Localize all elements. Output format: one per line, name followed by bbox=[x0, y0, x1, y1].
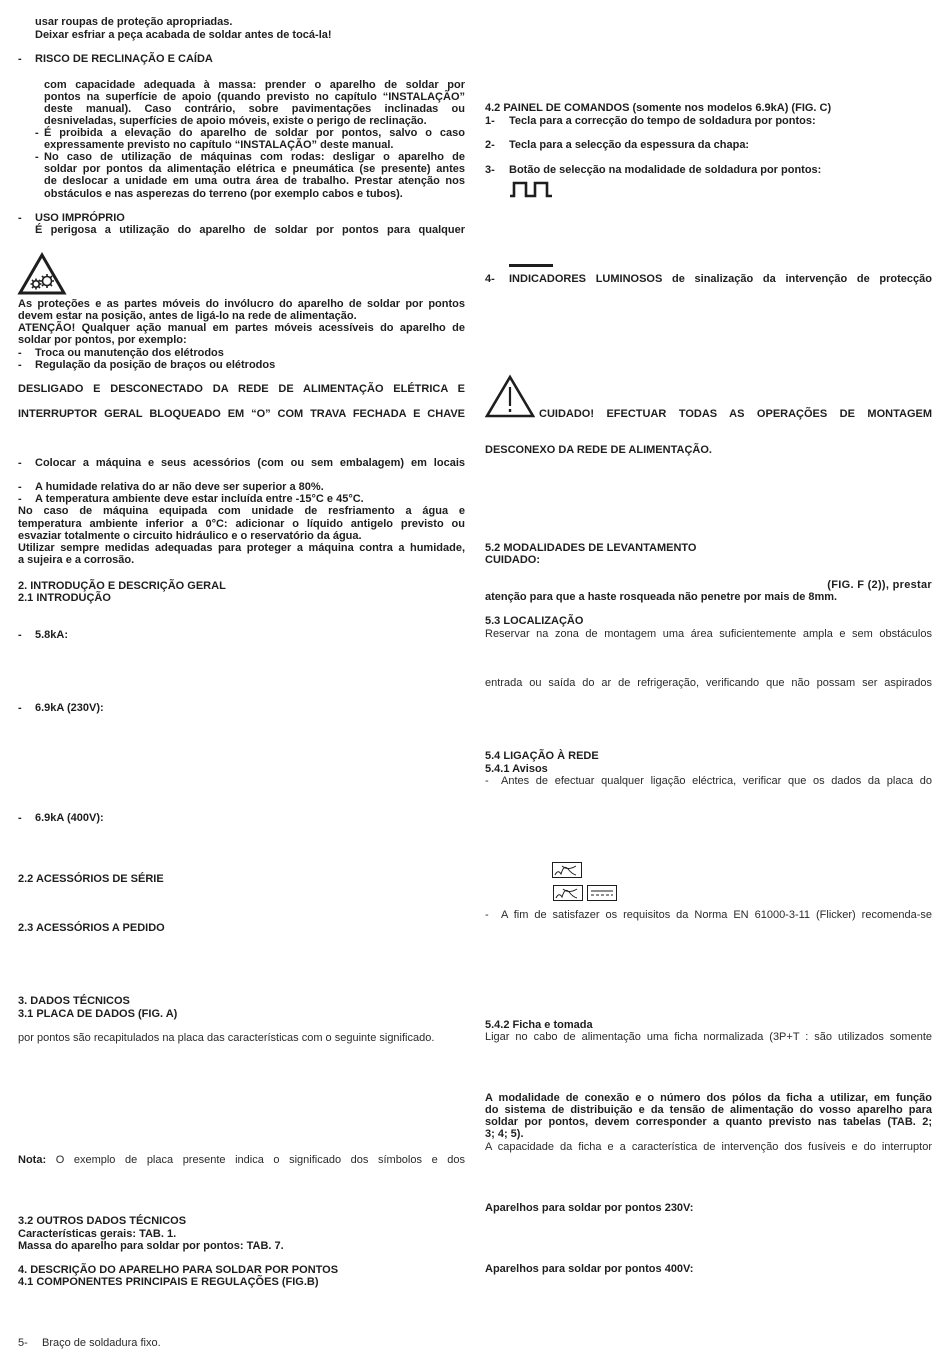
text-line: soldar por pontos da alimentação elétric… bbox=[44, 163, 465, 176]
text-line: temperatura ambiente inferior a 0°C: adi… bbox=[18, 518, 465, 531]
text-line: soldar por pontos, devem corresponder a … bbox=[485, 1116, 932, 1129]
ac-supply-icon bbox=[552, 862, 583, 879]
model-5-8ka: 5.8kA: bbox=[35, 629, 465, 642]
improper-use-heading: USO IMPRÓPRIO bbox=[35, 212, 465, 225]
section-5-4-1-heading: 5.4.1 Avisos bbox=[485, 763, 932, 776]
bullet: - bbox=[18, 347, 22, 360]
section-3-2-heading: 3.2 OUTROS DADOS TÉCNICOS bbox=[18, 1215, 465, 1228]
disconnect-line: DESLIGADO E DESCONECTADO DA REDE DE ALIM… bbox=[18, 383, 465, 396]
text-line: soldar por pontos, por exemplo: bbox=[18, 334, 465, 347]
section-3-heading: 3. DADOS TÉCNICOS bbox=[18, 995, 465, 1008]
text-line: atenção para que a haste rosqueada não p… bbox=[485, 591, 932, 604]
list-item: Regulação da posição de braços ou elétro… bbox=[35, 359, 465, 372]
cool-down-line: Deixar esfriar a peça acabada de soldar … bbox=[35, 29, 465, 42]
model-6-9ka-230v: 6.9kA (230V): bbox=[35, 702, 465, 715]
bullet: - bbox=[18, 457, 22, 470]
section-4-heading: 4. DESCRIÇÃO DO APARELHO PARA SOLDAR POR… bbox=[18, 1264, 465, 1277]
text-line: devem estar na posição, antes de ligá-lo… bbox=[18, 310, 465, 323]
text-line: a sujeira e a corrosão. bbox=[18, 554, 465, 567]
text-line: É proibida a elevação do aparelho de sol… bbox=[44, 127, 465, 140]
text-line: pontos na superfície de apoio (quando pr… bbox=[44, 91, 465, 104]
tipping-risk-heading: RISCO DE RECLINAÇÃO E CAÍDA bbox=[35, 53, 465, 66]
text-line: do sistema de distribuição e da tensão d… bbox=[485, 1104, 932, 1117]
text-line: obstáculos e nas asperezas do terreno (p… bbox=[44, 188, 465, 201]
continuous-mode-icon bbox=[509, 264, 555, 268]
label-230v: Aparelhos para soldar por pontos 230V: bbox=[485, 1202, 932, 1215]
bullet: - bbox=[18, 493, 22, 506]
panel-item-2: Tecla para a selecção da espessura da ch… bbox=[509, 139, 932, 152]
label-400v: Aparelhos para soldar por pontos 400V: bbox=[485, 1263, 932, 1276]
plug-line: Ligar no cabo de alimentação uma ficha n… bbox=[485, 1031, 932, 1044]
text-line: Reservar na zona de montagem uma área su… bbox=[485, 628, 932, 641]
bullet: - bbox=[35, 151, 39, 164]
protective-clothing-line: usar roupas de proteção apropriadas. bbox=[35, 16, 465, 29]
text-line: As proteções e as partes móveis do invól… bbox=[18, 298, 465, 311]
attention-line: ATENÇÃO! Qualquer ação manual em partes … bbox=[18, 322, 465, 335]
text-line: com capacidade adequada à massa: prender… bbox=[44, 79, 465, 92]
text-line: de deslocar a unidade em uma outra área … bbox=[44, 175, 465, 188]
text-line: Utilizar sempre medidas adequadas para p… bbox=[18, 542, 465, 555]
flicker-line: A fim de satisfazer os requisitos da Nor… bbox=[501, 909, 932, 922]
list-item: Troca ou manutenção dos elétrodos bbox=[35, 347, 465, 360]
text-line: No caso de máquina equipada com unidade … bbox=[18, 505, 465, 518]
bullet: - bbox=[485, 909, 489, 922]
disconnected-line: DESCONEXO DA REDE DE ALIMENTAÇÃO. bbox=[485, 444, 932, 457]
text-line: esvaziar totalmente o circuito hidráulic… bbox=[18, 530, 465, 543]
section-2-2-heading: 2.2 ACESSÓRIOS DE SÉRIE bbox=[18, 873, 465, 886]
general-characteristics: Características gerais: TAB. 1. bbox=[18, 1228, 465, 1241]
panel-item-1: Tecla para a correcção do tempo de solda… bbox=[509, 115, 932, 128]
section-4-1-heading: 4.1 COMPONENTES PRINCIPAIS E REGULAÇÕES … bbox=[18, 1276, 465, 1289]
note-text: O exemplo de placa presente indica o sig… bbox=[56, 1154, 465, 1166]
text-line: É perigosa a utilização do aparelho de s… bbox=[35, 224, 465, 237]
bullet: - bbox=[18, 212, 22, 225]
text-line: deste manual). Caso contrário, sobre pav… bbox=[44, 103, 465, 116]
text-line: A modalidade de conexão e o número dos p… bbox=[485, 1092, 932, 1105]
model-6-9ka-400v: 6.9kA (400V): bbox=[35, 812, 465, 825]
mass-line: Massa do aparelho para soldar por pontos… bbox=[18, 1240, 465, 1253]
text-line: expressamente previsto no capítulo “INST… bbox=[44, 139, 465, 152]
capacity-line: A capacidade da ficha e a característica… bbox=[485, 1141, 932, 1154]
section-5-2-heading: 5.2 MODALIDADES DE LEVANTAMENTO bbox=[485, 542, 932, 555]
section-2-1-heading: 2.1 INTRODUÇÃO bbox=[18, 592, 465, 605]
section-4-2-heading: 4.2 PAINEL DE COMANDOS (somente nos mode… bbox=[485, 102, 932, 115]
storage-line: Colocar a máquina e seus acessórios (com… bbox=[35, 457, 465, 470]
ac-supply-icon bbox=[553, 885, 584, 902]
bullet: - bbox=[18, 481, 22, 494]
item-number: 1- bbox=[485, 115, 495, 128]
bullet: - bbox=[35, 127, 39, 140]
note-label: Nota: bbox=[18, 1154, 46, 1166]
section-5-3-heading: 5.3 LOCALIZAÇÃO bbox=[485, 615, 932, 628]
item-number: 2- bbox=[485, 139, 495, 152]
text-line: 3; 4; 5). bbox=[485, 1128, 932, 1141]
text-line: No caso de utilização de máquinas com ro… bbox=[44, 151, 465, 164]
panel-item-3: Botão de selecção na modalidade de solda… bbox=[509, 164, 932, 177]
bullet: - bbox=[18, 359, 22, 372]
text-line: entrada ou saída do ar de refrigeração, … bbox=[485, 677, 932, 690]
item-number: 3- bbox=[485, 164, 495, 177]
bullet: - bbox=[18, 812, 22, 825]
caution-line: CUIDADO! EFECTUAR TODAS AS OPERAÇÕES DE … bbox=[539, 408, 932, 421]
section-5-4-heading: 5.4 LIGAÇÃO À REDE bbox=[485, 750, 932, 763]
section-5-4-2-heading: 5.4.2 Ficha e tomada bbox=[485, 1019, 932, 1032]
note-line: Nota: O exemplo de placa presente indica… bbox=[18, 1154, 465, 1167]
bullet: - bbox=[18, 629, 22, 642]
caution-label: CUIDADO: bbox=[485, 554, 932, 567]
humidity-line: A humidade relativa do ar não deve ser s… bbox=[35, 481, 465, 494]
bullet: - bbox=[485, 775, 489, 788]
pulse-mode-icon bbox=[509, 181, 555, 197]
section-2-heading: 2. INTRODUÇÃO E DESCRIÇÃO GERAL bbox=[18, 580, 465, 593]
warning-triangle-icon bbox=[485, 375, 535, 418]
temperature-line: A temperatura ambiente deve estar incluí… bbox=[35, 493, 465, 506]
moving-parts-warning-icon bbox=[17, 252, 67, 296]
bullet: - bbox=[18, 702, 22, 715]
bullet: - bbox=[18, 53, 22, 66]
item-number: 4- bbox=[485, 273, 495, 286]
plate-line: por pontos são recapitulados na placa da… bbox=[18, 1032, 465, 1045]
lockout-line: INTERRUPTOR GERAL BLOQUEADO EM “O” COM T… bbox=[18, 408, 465, 421]
warning-line-1: Antes de efectuar qualquer ligação eléct… bbox=[501, 775, 932, 788]
fig-reference: (FIG. F (2)), prestar bbox=[827, 579, 932, 592]
item-number: 5- bbox=[18, 1337, 28, 1350]
section-3-1-heading: 3.1 PLACA DE DADOS (FIG. A) bbox=[18, 1008, 465, 1021]
section-2-3-heading: 2.3 ACESSÓRIOS A PEDIDO bbox=[18, 922, 465, 935]
item-5-text: Braço de soldadura fixo. bbox=[42, 1337, 161, 1350]
panel-item-4: INDICADORES LUMINOSOS de sinalização da … bbox=[509, 273, 932, 286]
dc-supply-icon bbox=[587, 885, 618, 902]
text-line: desniveladas, superfícies de apoio móvei… bbox=[44, 115, 465, 128]
